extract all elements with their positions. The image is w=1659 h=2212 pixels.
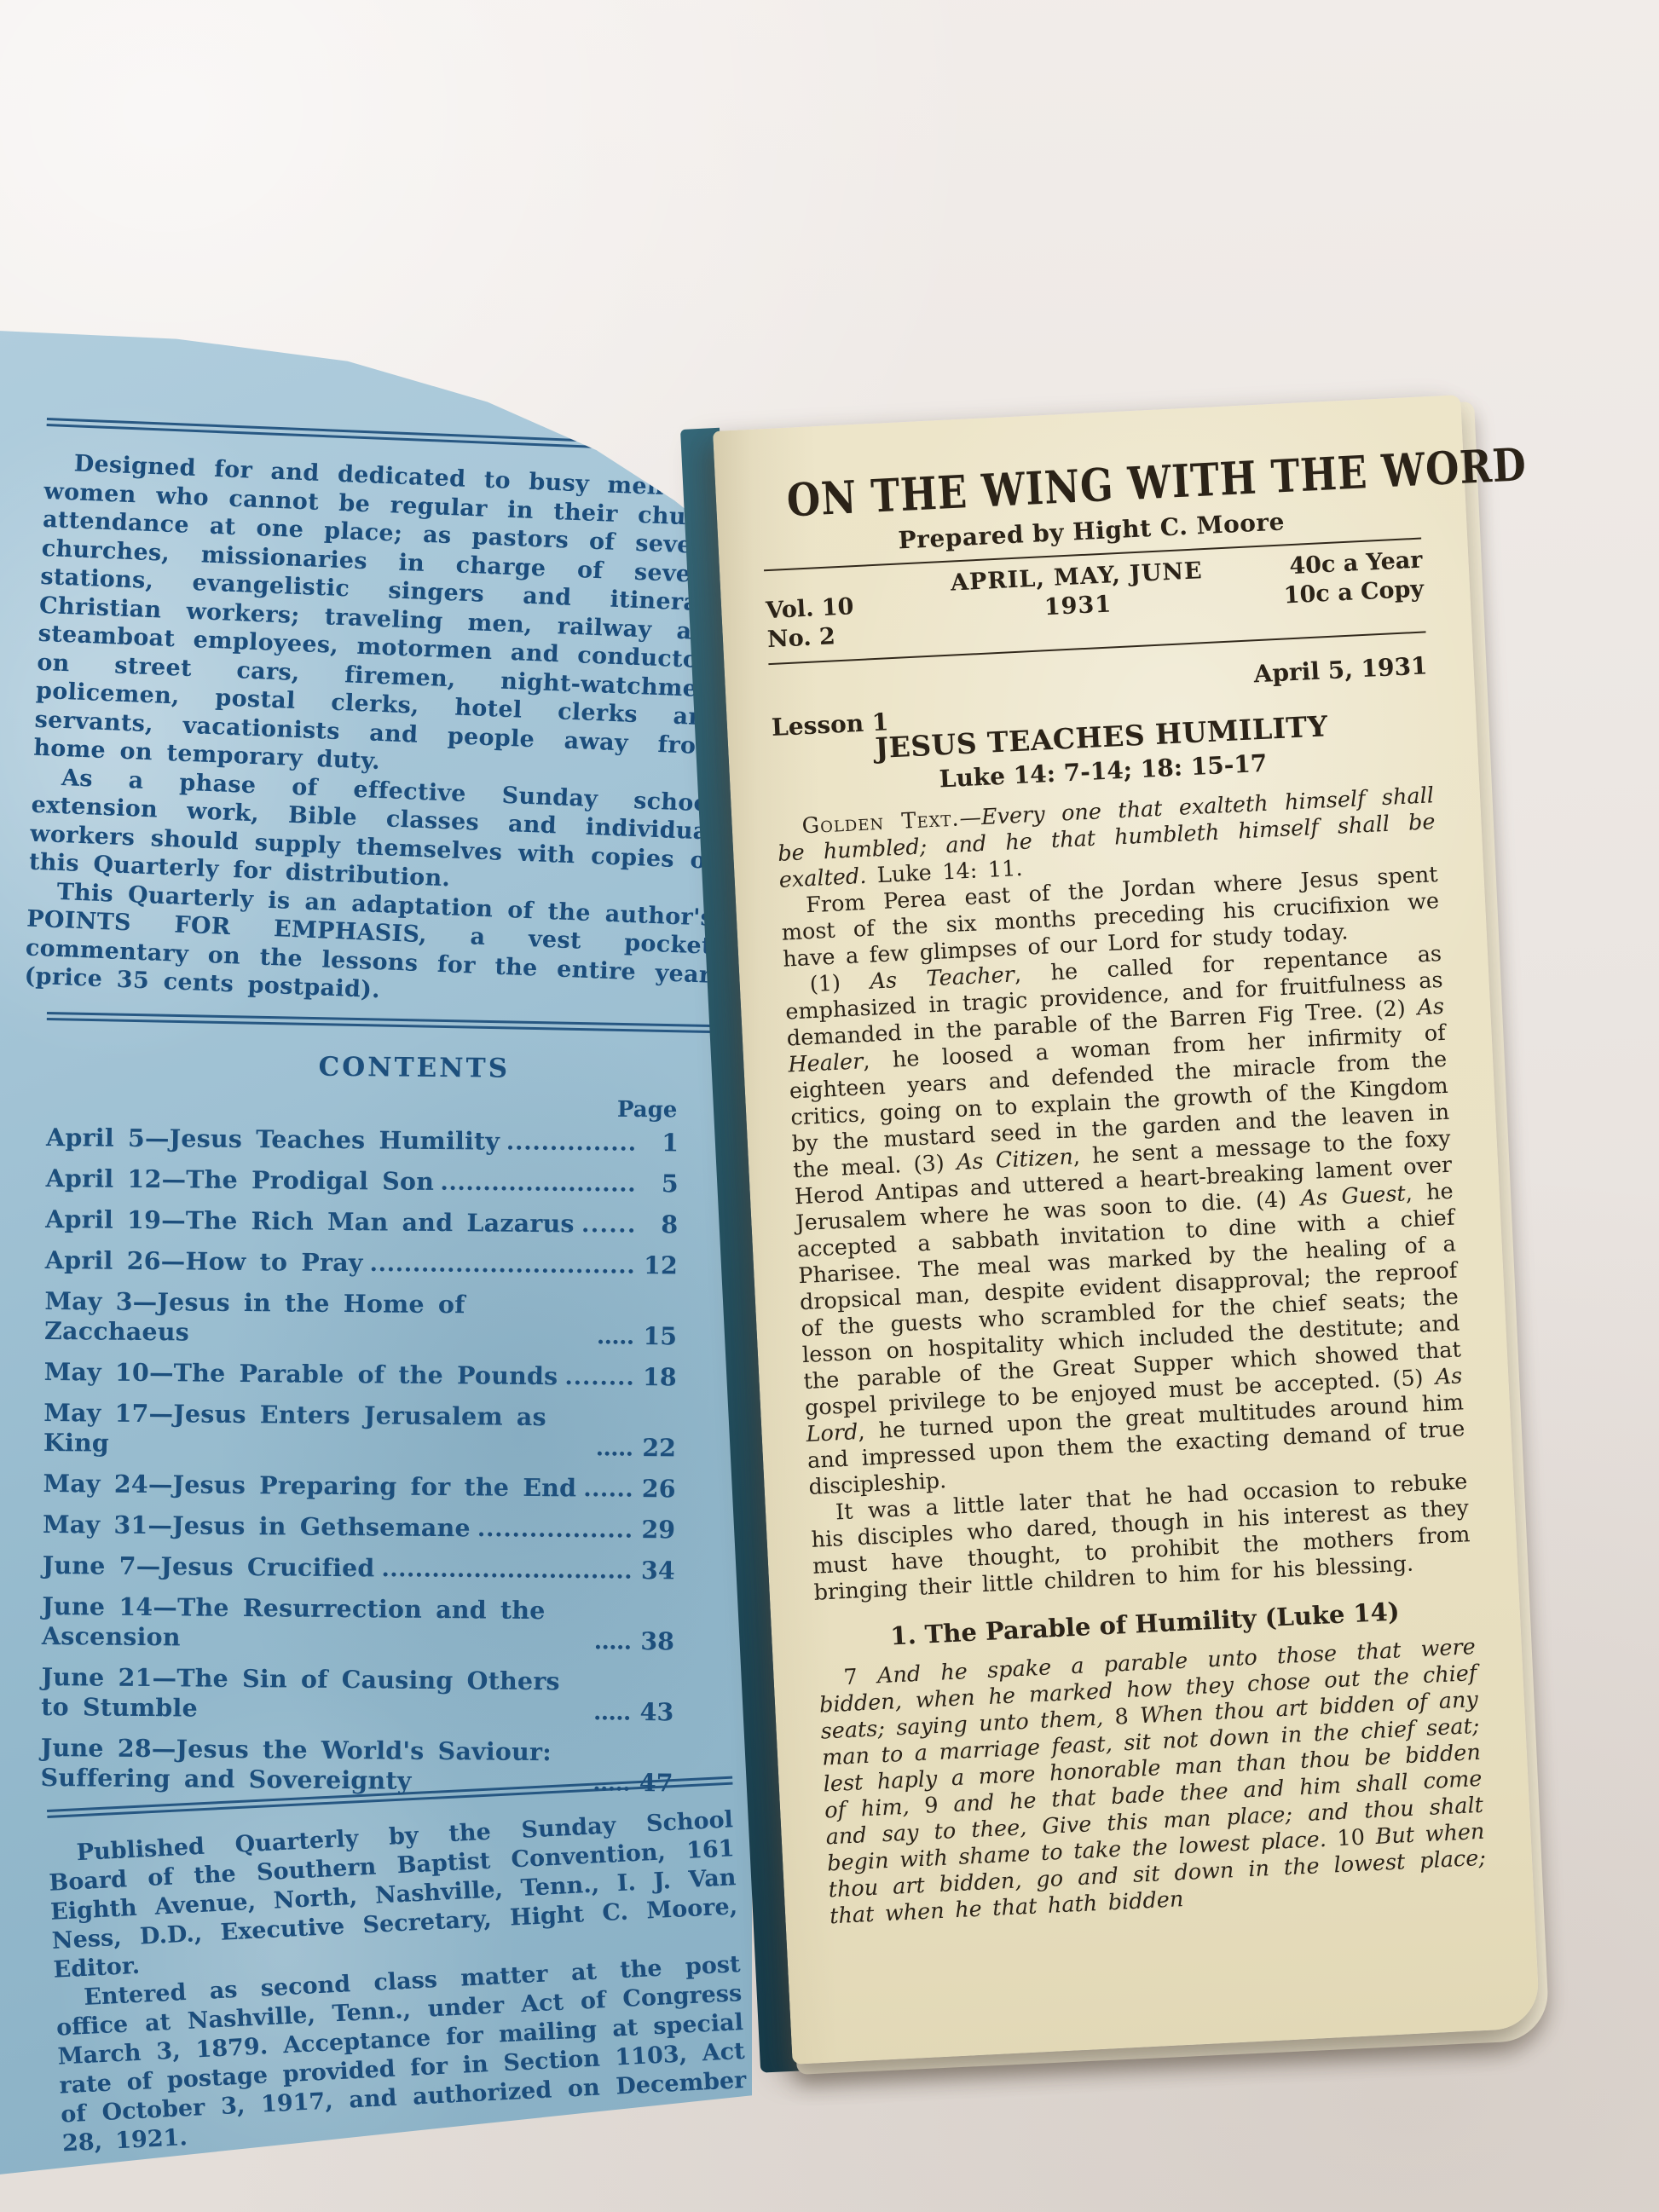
- toc-item-page-number: 26: [636, 1474, 675, 1504]
- toc-item-page-number: 12: [639, 1250, 678, 1280]
- toc-item: May 17—Jesus Enters Jerusalem as King22: [43, 1397, 677, 1462]
- toc-item-page-number: 29: [636, 1515, 675, 1545]
- toc-item: May 31—Jesus in Gethsemane29: [43, 1509, 675, 1544]
- intro-paragraph-1: Designed for and dedicated to busy men a…: [33, 448, 731, 790]
- toc-dot-leader: [585, 1492, 631, 1496]
- left-intro-block: Designed for and dedicated to busy men a…: [24, 418, 732, 1018]
- toc-item-label: April 19—The Rich Man and Lazarus: [45, 1204, 575, 1238]
- toc-item: May 24—Jesus Preparing for the End26: [43, 1468, 675, 1503]
- scripture-passage: 7 And he spake a parable unto those that…: [818, 1634, 1488, 1930]
- lesson-paragraph-2: (1) As Teacher, he called for repentance…: [783, 941, 1466, 1501]
- toc-item: May 10—The Parable of the Pounds18: [44, 1356, 677, 1391]
- toc-item: June 14—The Resurrection and the Ascensi…: [42, 1591, 675, 1655]
- toc-item-page-number: 1: [639, 1128, 679, 1158]
- toc-dot-leader: [595, 1715, 629, 1719]
- contents-page-label: Page: [46, 1091, 677, 1122]
- masthead-info-row: Vol. 10 No. 2 APRIL, MAY, JUNE 1931 40c …: [764, 546, 1425, 656]
- toc-list: April 5—Jesus Teaches Humility1April 12—…: [40, 1122, 679, 1797]
- toc-item-label: April 26—How to Pray: [45, 1245, 363, 1277]
- toc-item: June 21—The Sin of Causing Others to Stu…: [41, 1661, 674, 1726]
- entry-notice-paragraph: Entered as second class matter at the po…: [55, 1950, 749, 2158]
- toc-item-page-number: 38: [635, 1626, 674, 1656]
- toc-dot-leader: [508, 1145, 634, 1150]
- toc-item-label: May 17—Jesus Enters Jerusalem as King: [43, 1397, 590, 1462]
- toc-item-label: April 12—The Prodigal Son: [46, 1163, 435, 1196]
- right-lesson-page: ON THE WING WITH THE WORD Prepared by Hi…: [713, 395, 1540, 2065]
- contents-heading: CONTENTS: [149, 1050, 679, 1085]
- volume-number: Vol. 10 No. 2: [764, 572, 895, 655]
- toc-dot-leader: [383, 1572, 630, 1579]
- toc-item: June 7—Jesus Crucified34: [43, 1550, 675, 1585]
- toc-item-page-number: 18: [638, 1362, 677, 1392]
- toc-item: April 12—The Prodigal Son5: [46, 1163, 679, 1198]
- toc-dot-leader: [372, 1267, 633, 1273]
- top-double-rule: [47, 418, 733, 453]
- toc-item: April 19—The Rich Man and Lazarus8: [45, 1204, 678, 1239]
- toc-dot-leader: [596, 1644, 630, 1649]
- toc-item-label: May 31—Jesus in Gethsemane: [43, 1509, 471, 1542]
- issue-months: APRIL, MAY, JUNE 1931: [892, 554, 1263, 630]
- left-contents-page: Designed for and dedicated to busy men a…: [0, 322, 752, 2177]
- issue-number-label: No. 2: [766, 620, 895, 655]
- toc-dot-leader: [583, 1227, 634, 1233]
- toc-item-page-number: 8: [639, 1210, 678, 1239]
- price-info: 40c a Year 10c a Copy: [1260, 546, 1425, 612]
- toc-item-label: April 5—Jesus Teaches Humility: [46, 1122, 500, 1156]
- publisher-block: Published Quarterly by the Sunday School…: [47, 1805, 750, 2192]
- toc-item: April 5—Jesus Teaches Humility1: [46, 1122, 679, 1157]
- toc-dot-leader: [598, 1339, 633, 1343]
- toc-item-page-number: 5: [639, 1169, 678, 1198]
- toc-item-page-number: 43: [634, 1697, 673, 1727]
- toc-item-page-number: 15: [638, 1321, 677, 1351]
- toc-item-label: June 7—Jesus Crucified: [43, 1550, 375, 1582]
- toc-item-page-number: 34: [636, 1556, 675, 1585]
- toc-item: May 3—Jesus in the Home of Zacchaeus15: [44, 1285, 678, 1350]
- toc-item-page-number: 22: [637, 1433, 676, 1463]
- toc-dot-leader: [442, 1186, 634, 1192]
- toc-item-label: June 14—The Resurrection and the Ascensi…: [42, 1591, 588, 1655]
- contents-block: CONTENTS Page April 5—Jesus Teaches Humi…: [40, 1049, 679, 1798]
- toc-item-label: June 21—The Sin of Causing Others to Stu…: [41, 1661, 587, 1726]
- toc-dot-leader: [598, 1451, 632, 1455]
- photo-backdrop: Designed for and dedicated to busy men a…: [0, 0, 1659, 2212]
- toc-item-label: May 24—Jesus Preparing for the End: [43, 1468, 576, 1502]
- toc-dot-leader: [566, 1380, 632, 1385]
- toc-dot-leader: [479, 1532, 631, 1538]
- toc-item: April 26—How to Pray12: [45, 1245, 678, 1279]
- toc-item-label: May 10—The Parable of the Pounds: [44, 1356, 558, 1390]
- toc-item-label: May 3—Jesus in the Home of Zacchaeus: [44, 1285, 591, 1350]
